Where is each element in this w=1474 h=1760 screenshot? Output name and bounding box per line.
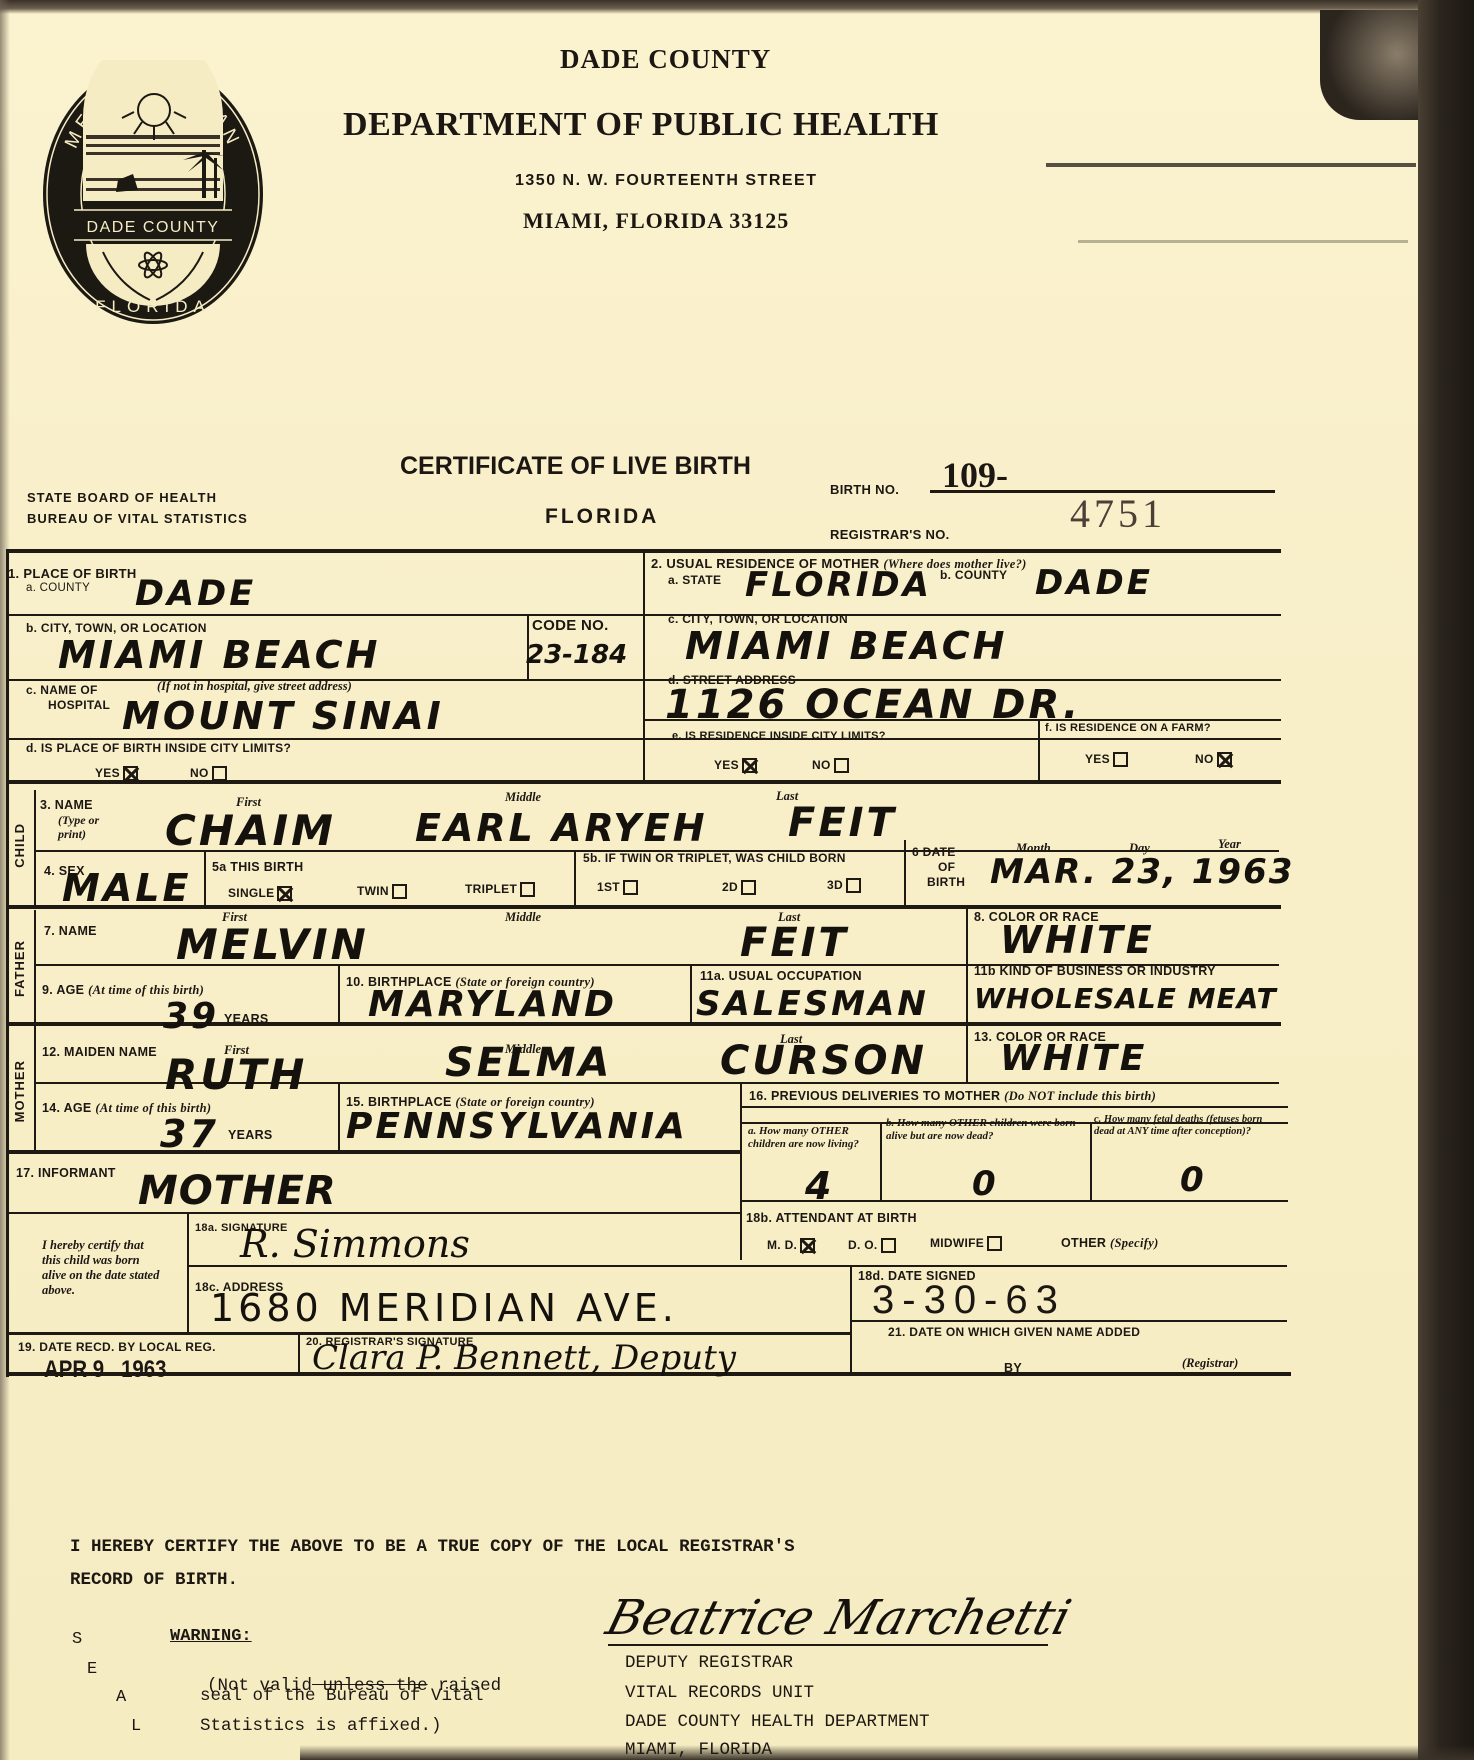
single-option[interactable]: SINGLE xyxy=(228,886,292,901)
first-born-label: 1ST xyxy=(597,880,620,894)
place-of-birth-label: 1. PLACE OF BIRTH xyxy=(8,566,137,581)
mother-age-value: 37 xyxy=(160,1112,219,1156)
warning-label: WARNING: xyxy=(170,1627,252,1646)
mother-middle-value: SELMA xyxy=(445,1040,612,1086)
child-last-value: FEIT xyxy=(788,800,897,846)
certify-divider xyxy=(187,1212,189,1332)
deliveries-hint: (Do NOT include this birth) xyxy=(1004,1089,1156,1103)
certificate-state: FLORIDA xyxy=(545,505,659,529)
father-age-title: 9. AGE xyxy=(42,983,84,997)
order-divider xyxy=(904,840,906,907)
age-divider xyxy=(338,1082,340,1152)
registrar-no-label: REGISTRAR'S NO. xyxy=(830,527,950,542)
seal-letter-s: S xyxy=(72,1630,82,1649)
code-no-label: CODE NO. xyxy=(532,617,609,634)
attestation-line-2: RECORD OF BIRTH. xyxy=(70,1570,238,1590)
birth-city-limits-no[interactable]: NO xyxy=(190,766,227,781)
yes-label: YES xyxy=(1085,752,1110,766)
attendant-label: 18b. ATTENDANT AT BIRTH xyxy=(746,1211,917,1225)
checkbox-unchecked[interactable] xyxy=(212,766,227,781)
living-value: 4 xyxy=(805,1164,834,1208)
residence-city-limits-no[interactable]: NO xyxy=(812,758,849,773)
warning-line-2: seal of the Bureau of Vital xyxy=(200,1686,484,1706)
birth-city-limits-label: d. IS PLACE OF BIRTH INSIDE CITY LIMITS? xyxy=(26,741,291,755)
child-middle-label: Middle xyxy=(505,790,541,805)
residence-city-limits-yes[interactable]: YES xyxy=(714,758,757,773)
deliveries-title: 16. PREVIOUS DELIVERIES TO MOTHER xyxy=(749,1089,1000,1103)
attendant-md[interactable]: M. D. xyxy=(767,1238,815,1253)
dead-value: 0 xyxy=(972,1164,999,1204)
father-business-label: 11b KIND OF BUSINESS OR INDUSTRY xyxy=(974,964,1216,978)
checkbox-unchecked[interactable] xyxy=(392,884,407,899)
mother-birthplace-value: PENNSYLVANIA xyxy=(346,1106,688,1147)
child-name-hint: (Type or print) xyxy=(58,813,128,841)
by-label: BY xyxy=(1004,1361,1022,1375)
father-business-value: WHOLESALE MEAT xyxy=(974,982,1277,1015)
father-middle-label: Middle xyxy=(505,910,541,925)
midwife-label: MIDWIFE xyxy=(930,1236,984,1250)
certify-text: I hereby certify that this child was bor… xyxy=(42,1238,162,1298)
svg-text:FLORIDA: FLORIDA xyxy=(95,297,211,316)
header-county: DADE COUNTY xyxy=(560,44,771,75)
q-fetal: c. How many fetal deaths (fetuses born d… xyxy=(1094,1114,1284,1138)
father-first-value: MELVIN xyxy=(176,920,369,969)
child-name-label: 3. NAME xyxy=(40,798,93,812)
hospital-label-2: HOSPITAL xyxy=(48,698,110,712)
attestation-line-1: I HEREBY CERTIFY THE ABOVE TO BE A TRUE … xyxy=(70,1537,795,1557)
section-rule xyxy=(6,1332,851,1335)
county-seal-icon: DADE COUNTY METROPOLITAN FLORIDA xyxy=(38,60,268,328)
side-col-divider xyxy=(34,910,36,1025)
checkbox-unchecked[interactable] xyxy=(834,758,849,773)
third-born-option[interactable]: 3D xyxy=(827,878,861,893)
informant-label: 17. INFORMANT xyxy=(16,1166,116,1180)
registrar-no-value: 4751 xyxy=(1070,490,1166,537)
mother-last-value: CURSON xyxy=(720,1038,927,1084)
side-label-father: FATHER xyxy=(12,940,27,997)
father-age-value: 39 xyxy=(163,996,219,1037)
this-birth-label: 5a THIS BIRTH xyxy=(212,860,303,874)
q-divider xyxy=(880,1122,882,1200)
header-street: 1350 N. W. FOURTEENTH STREET xyxy=(515,172,817,190)
triplet-option[interactable]: TRIPLET xyxy=(465,882,535,897)
right-edge-shadow xyxy=(1418,0,1474,1760)
sex-divider xyxy=(204,850,206,907)
father-occupation-label: 11a. USUAL OCCUPATION xyxy=(700,969,862,983)
mother-race-value: WHITE xyxy=(1000,1038,1147,1079)
checkbox-unchecked[interactable] xyxy=(623,880,638,895)
checkbox-checked[interactable] xyxy=(800,1238,815,1253)
q-living: a. How many OTHER children are now livin… xyxy=(748,1125,873,1151)
side-label-mother: MOTHER xyxy=(12,1060,27,1122)
code-no-value: 23-184 xyxy=(526,640,627,670)
side-label-child: CHILD xyxy=(12,823,27,868)
hospital-hint: (If not in hospital, give street address… xyxy=(157,679,352,694)
child-middle-value: EARL ARYEH xyxy=(415,806,708,850)
residence-state-value: FLORIDA xyxy=(745,565,932,605)
do-label: D. O. xyxy=(848,1238,878,1252)
mother-first-value: RUTH xyxy=(165,1050,307,1099)
mother-years-label: YEARS xyxy=(228,1128,273,1142)
certificate-title: CERTIFICATE OF LIVE BIRTH xyxy=(400,452,751,481)
given-name-label: 21. DATE ON WHICH GIVEN NAME ADDED xyxy=(888,1325,1140,1339)
checkbox-unchecked[interactable] xyxy=(1113,752,1128,767)
father-race-value: WHITE xyxy=(1000,918,1155,962)
date-recd-value: APR 9 1963 xyxy=(44,1356,166,1384)
header-city: MIAMI, FLORIDA 33125 xyxy=(523,208,789,234)
reg-divider xyxy=(298,1332,300,1374)
checkbox-unchecked[interactable] xyxy=(520,882,535,897)
address-value: 1680 MERIDIAN AVE. xyxy=(210,1286,678,1330)
side-col-divider xyxy=(34,790,36,907)
registrar-signature: Clara P. Bennett, Deputy xyxy=(312,1338,736,1378)
date-recd-label: 19. DATE RECD. BY LOCAL REG. xyxy=(18,1340,216,1354)
md-label: M. D. xyxy=(767,1238,797,1252)
third-born-label: 3D xyxy=(827,878,843,892)
header-rule-2 xyxy=(1078,240,1408,243)
seal-letter-l: L xyxy=(131,1717,141,1736)
fetal-value: 0 xyxy=(1180,1160,1207,1200)
side-col-divider xyxy=(34,1026,36,1152)
father-age-hint: (At time of this birth) xyxy=(88,983,204,997)
row-line xyxy=(740,1106,1288,1108)
twin-option[interactable]: TWIN xyxy=(357,884,407,899)
yes-label: YES xyxy=(95,766,120,780)
board-line-2: BUREAU OF VITAL STATISTICS xyxy=(27,511,248,526)
no-label: NO xyxy=(1195,752,1214,766)
birth-divider xyxy=(574,850,576,907)
residence-county-value: DADE xyxy=(1035,563,1153,603)
row-line xyxy=(6,614,1281,616)
vital-records-unit: VITAL RECORDS UNIT xyxy=(625,1683,814,1703)
birth-city-value: MIAMI BEACH xyxy=(58,633,380,677)
other-label: OTHER xyxy=(1061,1236,1106,1250)
q-dead: b. How many OTHER children were born ali… xyxy=(886,1117,1086,1143)
farm-yes[interactable]: YES xyxy=(1085,752,1128,767)
attendant-other: OTHER (Specify) xyxy=(1061,1236,1159,1251)
no-label: NO xyxy=(190,766,209,780)
dob-label-2: OF xyxy=(938,860,955,874)
birthplace-divider xyxy=(690,964,692,1022)
checkbox-unchecked[interactable] xyxy=(987,1236,1002,1251)
birth-city-limits-yes[interactable]: YES xyxy=(95,766,138,781)
father-years-label: YEARS xyxy=(224,1012,269,1026)
row-line xyxy=(6,738,1281,740)
bottom-edge-shadow xyxy=(300,1745,1474,1760)
deputy-registrar-signature: Beatrice Marchetti xyxy=(600,1590,1076,1646)
dob-label-1: 6 DATE xyxy=(912,845,956,859)
section-rule xyxy=(6,1150,741,1154)
dob-value: MAR. 23, 1963 xyxy=(990,852,1294,892)
checkbox-checked[interactable] xyxy=(1217,752,1232,767)
twin-label: TWIN xyxy=(357,884,389,898)
residence-county-label: b. COUNTY xyxy=(940,568,1007,582)
residence-street-value: 1126 OCEAN DR. xyxy=(665,682,1081,728)
warning-line-3: Statistics is affixed.) xyxy=(200,1716,442,1736)
reg-divider xyxy=(850,1320,852,1374)
sex-value: MALE xyxy=(62,866,191,910)
svg-text:DADE COUNTY: DADE COUNTY xyxy=(87,219,220,236)
deliveries-label: 16. PREVIOUS DELIVERIES TO MOTHER (Do NO… xyxy=(749,1089,1156,1104)
board-line-1: STATE BOARD OF HEALTH xyxy=(27,490,217,505)
residence-city-value: MIAMI BEACH xyxy=(685,624,1007,668)
col-divider-mid xyxy=(643,549,645,781)
attestation-city: MIAMI, FLORIDA xyxy=(625,1740,772,1760)
birth-county-label: a. COUNTY xyxy=(26,582,90,594)
registrar-hint: (Registrar) xyxy=(1182,1356,1238,1371)
birth-county-value: DADE xyxy=(135,574,256,614)
mother-age-title: 14. AGE xyxy=(42,1101,92,1115)
yes-label: YES xyxy=(714,758,739,772)
residence-state-label: a. STATE xyxy=(668,573,721,587)
father-last-value: FEIT xyxy=(740,920,849,966)
father-birthplace-value: MARYLAND xyxy=(368,984,617,1025)
father-occupation-value: SALESMAN xyxy=(696,984,929,1024)
attendant-midwife[interactable]: MIDWIFE xyxy=(930,1236,1002,1251)
birth-no-label: BIRTH NO. xyxy=(830,482,899,497)
deputy-registrar-title: DEPUTY REGISTRAR xyxy=(625,1653,793,1673)
age-divider xyxy=(338,964,340,1022)
other-hint: (Specify) xyxy=(1110,1236,1159,1250)
checkbox-unchecked[interactable] xyxy=(741,880,756,895)
birth-order-label: 5b. IF TWIN OR TRIPLET, WAS CHILD BORN xyxy=(583,851,846,865)
header-department: DEPARTMENT OF PUBLIC HEALTH xyxy=(343,106,939,144)
farm-no[interactable]: NO xyxy=(1195,752,1232,767)
dob-label-3: BIRTH xyxy=(927,875,965,889)
attendant-do[interactable]: D. O. xyxy=(848,1238,896,1253)
residence-city-limits-label: e. IS RESIDENCE INSIDE CITY LIMITS? xyxy=(672,730,886,742)
row-line xyxy=(6,1212,741,1214)
farm-label: f. IS RESIDENCE ON A FARM? xyxy=(1045,722,1211,734)
health-department: DADE COUNTY HEALTH DEPARTMENT xyxy=(625,1712,930,1732)
hospital-value: MOUNT SINAI xyxy=(122,694,444,738)
race-divider xyxy=(966,1022,968,1082)
attendant-signature: R. Simmons xyxy=(240,1222,470,1266)
second-born-label: 2D xyxy=(722,880,738,894)
header-rule xyxy=(1046,163,1416,167)
q-divider xyxy=(1090,1122,1092,1200)
checkbox-unchecked[interactable] xyxy=(846,878,861,893)
father-name-label: 7. NAME xyxy=(44,924,97,938)
second-born-option[interactable]: 2D xyxy=(722,880,756,895)
checkbox-checked[interactable] xyxy=(277,886,292,901)
seal-letter-a: A xyxy=(116,1688,126,1707)
seal-letter-e: E xyxy=(87,1660,97,1679)
dob-year-label: Year xyxy=(1218,837,1241,852)
child-first-value: CHAIM xyxy=(165,806,336,855)
checkbox-checked[interactable] xyxy=(742,758,757,773)
deliveries-divider xyxy=(740,1082,742,1260)
triplet-label: TRIPLET xyxy=(465,882,517,896)
first-born-option[interactable]: 1ST xyxy=(597,880,638,895)
checkbox-checked[interactable] xyxy=(123,766,138,781)
single-label: SINGLE xyxy=(228,886,274,900)
hospital-label-1: c. NAME OF xyxy=(26,683,98,697)
informant-value: MOTHER xyxy=(138,1168,337,1214)
no-label: NO xyxy=(812,758,831,772)
form-left-border xyxy=(6,549,9,1377)
signature-line xyxy=(608,1644,1048,1646)
torn-top-edge xyxy=(0,0,1474,14)
section-rule xyxy=(6,905,1281,909)
mother-name-label: 12. MAIDEN NAME xyxy=(42,1045,157,1059)
folded-corner xyxy=(1320,10,1430,120)
farm-divider xyxy=(1038,719,1040,781)
checkbox-unchecked[interactable] xyxy=(881,1238,896,1253)
date-signed-value: 3-30-63 xyxy=(872,1278,1066,1323)
